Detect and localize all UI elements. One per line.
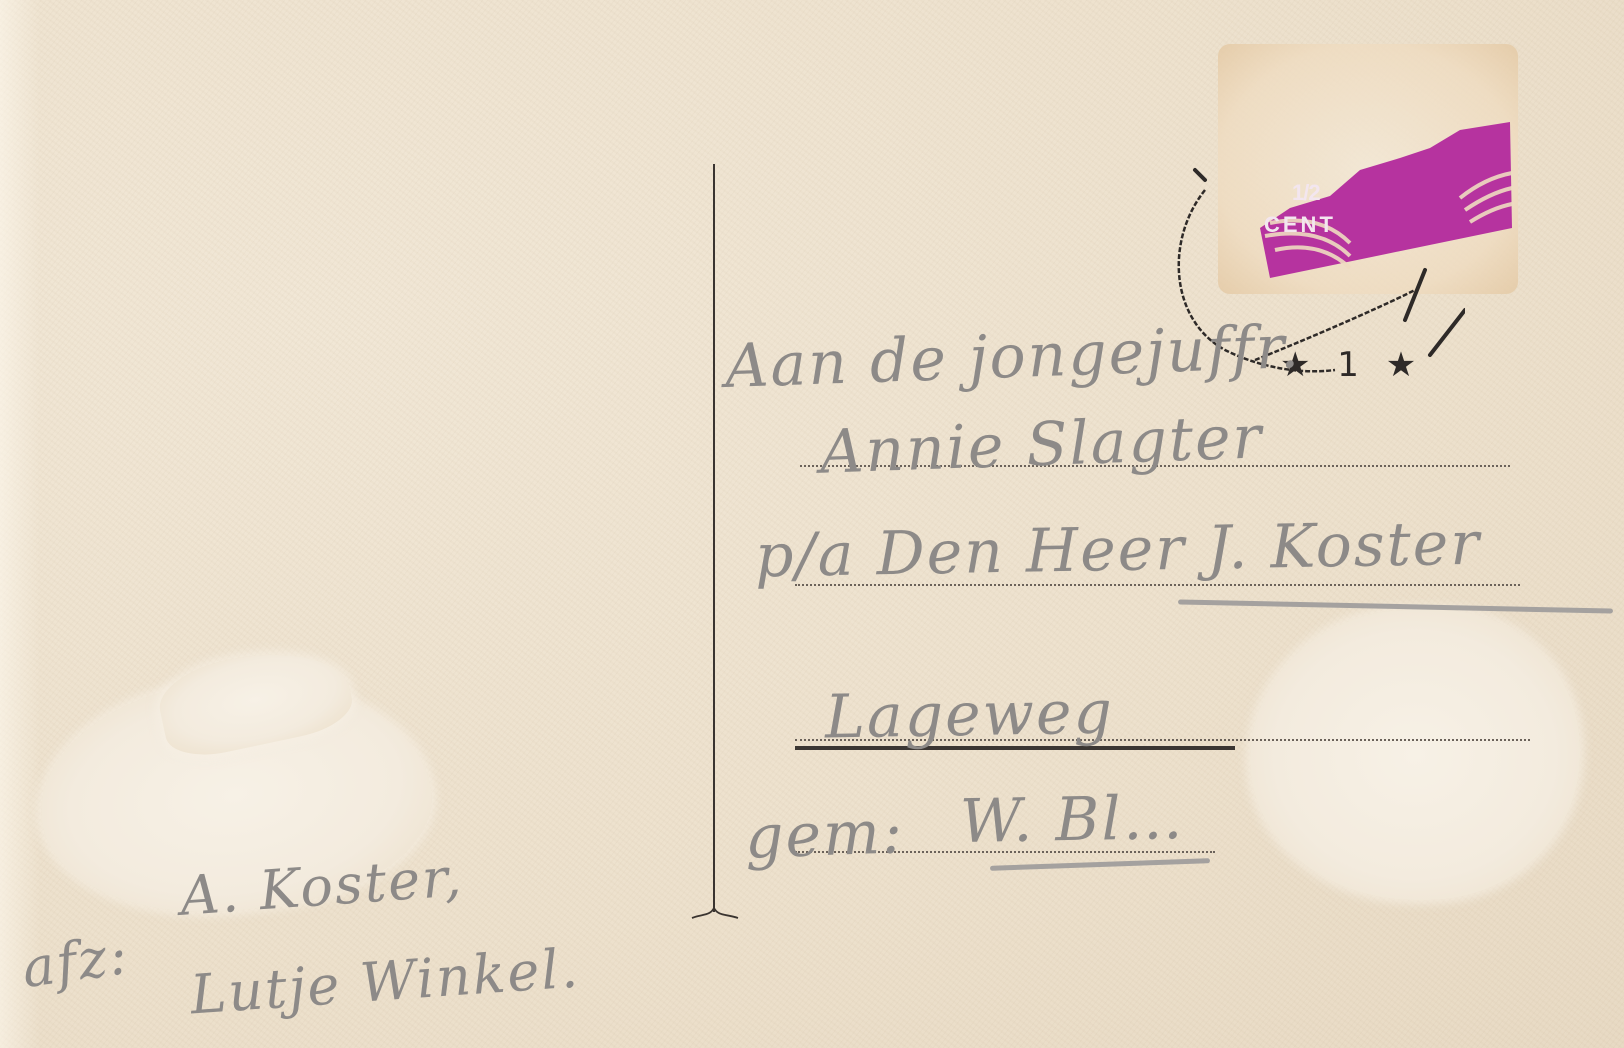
recipient-line-3: p/a Den Heer J. Koster [754,509,1481,592]
sender-place: Lutje Winkel. [188,936,581,1026]
postcard-back: 1/2 CENT ★ 1 ★ Aan de jongejuffr. Annie … [0,0,1624,1048]
recipient-line-5: W. Bl… [959,783,1185,857]
recipient-line-2: Annie Slagter [819,402,1264,487]
sender-prefix: afz: [18,923,133,1000]
recipient-underline-2 [990,858,1210,871]
glue-residue-right [1250,610,1580,900]
divider-flourish-icon [690,904,740,924]
edge-wear [0,0,40,1048]
recipient-line-4: Lageweg [824,677,1114,752]
recipient-line-5-prefix: gem: [744,797,905,873]
vertical-divider [713,164,715,912]
